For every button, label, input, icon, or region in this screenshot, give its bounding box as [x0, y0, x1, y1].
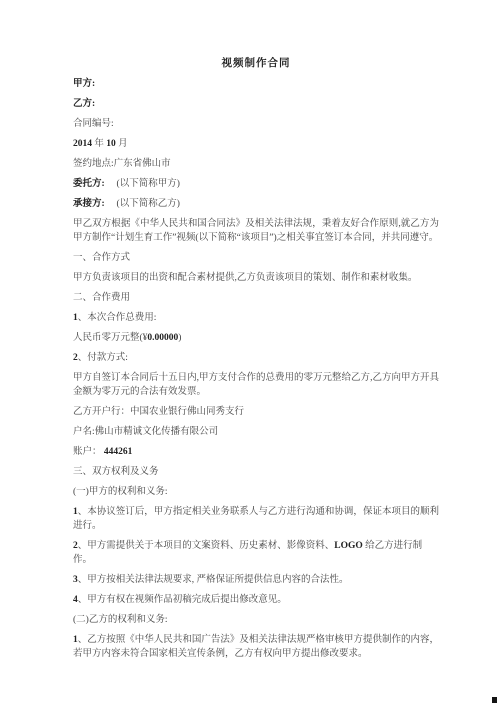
section-3-heading: 三、双方权利及义务: [73, 465, 439, 479]
contract-document-page: 视频制作合同 甲方:乙方:合同编号:2014 年 10 月签约地点:广东省佛山市…: [0, 0, 500, 707]
bold-text-run: 甲方:: [73, 79, 95, 89]
fee-amount: 人民币零万元整(¥0.00000): [73, 331, 439, 345]
text-run: 、甲方有权在视频作品初稿完成后提出修改意见。: [78, 595, 287, 605]
bold-text-run: 10: [106, 139, 116, 149]
bold-text-run: LOGO: [334, 541, 363, 551]
bold-text-run: 委托方:: [73, 179, 105, 189]
payment-terms: 甲方自签订本合同后十五日内,甲方支付合作的总费用的零万元整给乙方,乙方向甲方开具…: [73, 371, 439, 399]
bold-text-run: 0.00000: [147, 333, 178, 343]
party-a-right-2: 2、甲方需提供关于本项目的文案资料、历史素材、影像资料、LOGO 给乙方进行制作…: [73, 539, 439, 567]
text-run: 、本次合作总费用:: [78, 313, 157, 323]
bold-text-run: 2014: [73, 139, 92, 149]
party-a-right-1: 1、本协议签订后，甲方指定相关业务联系人与乙方进行沟通和协调，保证本项目的顺利进…: [73, 505, 439, 533]
text-run: 、付款方式:: [78, 353, 128, 363]
text-run: 签约地点:广东省佛山市: [73, 159, 171, 169]
document-content: 视频制作合同 甲方:乙方:合同编号:2014 年 10 月签约地点:广东省佛山市…: [73, 56, 439, 667]
text-run: ): [178, 333, 181, 343]
section-1-body: 甲方负责该项目的出资和配合素材提供,乙方负责该项目的策划、制作和素材收集。: [73, 271, 439, 285]
party-b-label: 乙方:: [73, 97, 439, 111]
document-body: 甲方:乙方:合同编号:2014 年 10 月签约地点:广东省佛山市委托方: (以…: [73, 77, 439, 661]
fee-total-label: 1、本次合作总费用:: [73, 311, 439, 325]
contract-number-label: 合同编号:: [73, 117, 439, 131]
account-name: 户名:佛山市精诚文化传播有限公司: [73, 425, 439, 439]
text-run: 、本协议签订后，甲方指定相关业务联系人与乙方进行沟通和协调，保证本项目的顺利进行…: [73, 507, 439, 531]
text-run: 、甲方按相关法律法规要求, 严格保证所提供信息内容的合法性。: [78, 575, 349, 585]
signing-location: 签约地点:广东省佛山市: [73, 157, 439, 171]
text-run: 甲方负责该项目的出资和配合素材提供,乙方负责该项目的策划、制作和素材收集。: [73, 273, 417, 283]
party-a-label: 甲方:: [73, 77, 439, 91]
text-run: (以下简称甲方): [105, 179, 180, 189]
section-1-heading: 一、合作方式: [73, 251, 439, 265]
text-run: 人民币零万元整(¥: [73, 333, 147, 343]
contract-date: 2014 年 10 月: [73, 137, 439, 151]
party-a-right-4: 4、甲方有权在视频作品初稿完成后提出修改意见。: [73, 593, 439, 607]
entrusting-party: 委托方: (以下简称甲方): [73, 177, 439, 191]
text-run: 月: [116, 139, 128, 149]
text-run: (以下简称乙方): [105, 199, 180, 209]
party-b-rights-heading: (二)乙方的权利和义务:: [73, 613, 439, 627]
preamble: 甲乙双方根据《中华人民共和国合同法》及相关法律法规，秉着友好合作原则,就乙方为甲…: [73, 217, 439, 245]
text-run: 二、合作费用: [73, 293, 130, 303]
account-number: 账户： 444261: [73, 445, 439, 459]
text-run: 乙方开户行：中国农业银行佛山同秀支行: [73, 407, 244, 417]
payment-method-label: 2、付款方式:: [73, 351, 439, 365]
party-b-right-1: 1、乙方按照《中华人民共和国广告法》及相关法律法规严格审核甲方提供制作的内容，若…: [73, 633, 439, 661]
bold-text-run: 乙方:: [73, 99, 95, 109]
text-run: 、甲方需提供关于本项目的文案资料、历史素材、影像资料、: [78, 541, 335, 551]
text-run: 一、合作方式: [73, 253, 130, 263]
party-b-bank: 乙方开户行：中国农业银行佛山同秀支行: [73, 405, 439, 419]
bold-text-run: 444261: [104, 447, 133, 457]
text-run: 户名:佛山市精诚文化传播有限公司: [73, 427, 218, 437]
text-run: 三、双方权利及义务: [73, 467, 159, 477]
party-a-rights-heading: (一)甲方的权利和义务:: [73, 485, 439, 499]
text-run: 、乙方按照《中华人民共和国广告法》及相关法律法规严格审核甲方提供制作的内容，若甲…: [73, 635, 439, 659]
text-run: 甲方自签订本合同后十五日内,甲方支付合作的总费用的零万元整给乙方,乙方向甲方开具…: [73, 373, 439, 397]
text-run: 合同编号:: [73, 119, 114, 129]
text-run: (一)甲方的权利和义务:: [73, 487, 167, 497]
party-a-right-3: 3、甲方按相关法律法规要求, 严格保证所提供信息内容的合法性。: [73, 573, 439, 587]
bold-text-run: 承接方:: [73, 199, 105, 209]
text-run: 账户：: [73, 447, 104, 457]
text-run: 年: [92, 139, 106, 149]
text-run: (二)乙方的权利和义务:: [73, 615, 167, 625]
document-title: 视频制作合同: [73, 56, 439, 71]
undertaking-party: 承接方: (以下简称乙方): [73, 197, 439, 211]
section-2-heading: 二、合作费用: [73, 291, 439, 305]
text-run: 甲乙双方根据《中华人民共和国合同法》及相关法律法规，秉着友好合作原则,就乙方为甲…: [73, 219, 439, 243]
corner-marker: [492, 697, 497, 703]
